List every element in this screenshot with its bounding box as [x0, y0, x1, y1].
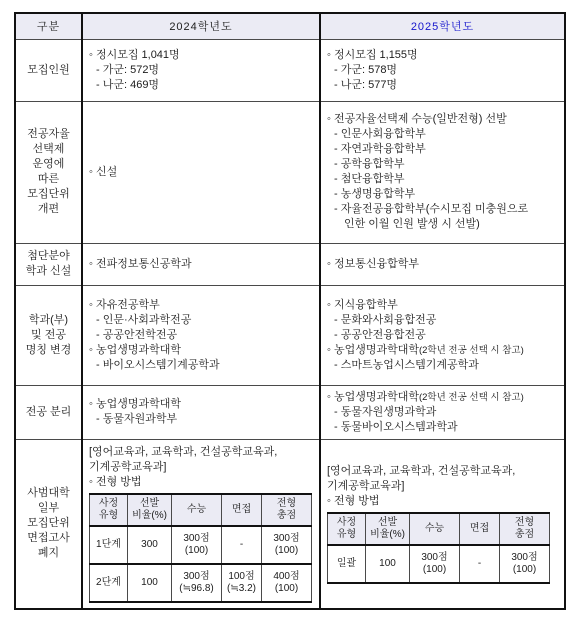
single-total: 300점 (100)	[500, 545, 550, 583]
cell-major-split-2025: ◦ 농업생명과학대학(2학년 전공 선택 시 참고)- 동물자원생명과학과- 동…	[320, 385, 565, 439]
stage1-ratio: 300	[128, 526, 172, 564]
header-cell-2024: 2024학년도	[82, 13, 320, 39]
text-line: ◦ 농업생명과학대학	[87, 397, 315, 412]
note-text: (2학년 전공 선택 시 참고)	[419, 345, 524, 356]
row-label-interview: 사범대학 일부 모집단위 면접고사 폐지	[15, 439, 82, 609]
row-label-major-choice: 전공자율 선택제 운영에 따른 모집단위 개편	[15, 101, 82, 243]
text-line: ◦ 전형 방법	[87, 475, 315, 490]
text-line: - 나군: 469명	[87, 78, 315, 93]
stage1-csat: 300점 (100)	[172, 526, 222, 564]
stage2-ratio: 100	[128, 564, 172, 602]
row-new-advanced-dept: 첨단분야 학과 신설 ◦ 전파정보통신공학과 ◦ 정보통신융합학부	[15, 243, 565, 285]
text-line: 기계공학교육과]	[87, 460, 315, 475]
method-header-type: 사정 유형	[328, 513, 366, 545]
method-header-total: 전형 총점	[500, 513, 550, 545]
method-header-type: 사정 유형	[90, 494, 128, 526]
single-ratio: 100	[366, 545, 410, 583]
single-csat: 300점 (100)	[410, 545, 460, 583]
text-line: ◦ 전형 방법	[325, 494, 560, 509]
stage1-type: 1단계	[90, 526, 128, 564]
cell-name-change-2024: ◦ 자유전공학부- 인문·사회과학전공- 공공안전학전공◦ 농업생명과학대학- …	[82, 285, 320, 385]
text-line: - 스마트농업시스템기계공학과	[325, 358, 560, 373]
method-header-interview: 면접	[460, 513, 500, 545]
text-line: - 공공안전학전공	[87, 328, 315, 343]
text-line: - 농생명융합학부	[325, 187, 560, 202]
single-type: 일괄	[328, 545, 366, 583]
cell-major-choice-2024: ◦ 신설	[82, 101, 320, 243]
text-line: ◦ 농업생명과학대학	[87, 343, 315, 358]
stage1-total: 300점 (100)	[262, 526, 312, 564]
text-line: [영어교육과, 교육학과, 건설공학교육과,	[87, 445, 315, 460]
cell-major-split-2024: ◦ 농업생명과학대학- 동물자원과학부	[82, 385, 320, 439]
method-header-ratio: 선발 비율(%)	[366, 513, 410, 545]
text-line: 인한 이월 인원 발생 시 선발)	[325, 217, 560, 232]
header-cell-gubun: 구분	[15, 13, 82, 39]
note-text: (2학년 전공 선택 시 참고)	[419, 392, 524, 403]
cell-major-choice-2025: ◦ 전공자율선택제 수능(일반전형) 선발- 인문사회융합학부- 자연과학융합학…	[320, 101, 565, 243]
text-line: - 인문사회융합학부	[325, 127, 560, 142]
text-line: - 동물자원생명과학과	[325, 405, 560, 420]
text-line: - 공학융합학부	[325, 157, 560, 172]
method-table-2024: 사정 유형 선발 비율(%) 수능 면접 전형 총점 1단계 300 300점 …	[89, 493, 312, 603]
text-line: - 공공안전융합전공	[325, 328, 560, 343]
stage2-type: 2단계	[90, 564, 128, 602]
text-line: - 나군: 577명	[325, 78, 560, 93]
text-line: - 자연과학융합학부	[325, 142, 560, 157]
text-line: ◦ 자유전공학부	[87, 298, 315, 313]
method-header-ratio: 선발 비율(%)	[128, 494, 172, 526]
row-major-choice-reorg: 전공자율 선택제 운영에 따른 모집단위 개편 ◦ 신설 ◦ 전공자율선택제 수…	[15, 101, 565, 243]
text-line: ◦ 정시모집 1,155명	[325, 48, 560, 63]
interview-intro-2024: [영어교육과, 교육학과, 건설공학교육과,기계공학교육과]◦ 전형 방법	[87, 445, 315, 490]
cell-interview-2025: [영어교육과, 교육학과, 건설공학교육과,기계공학교육과]◦ 전형 방법 사정…	[320, 439, 565, 609]
row-label-quota: 모집인원	[15, 39, 82, 101]
row-label-name-change: 학과(부) 및 전공 명칭 변경	[15, 285, 82, 385]
header-row: 구분 2024학년도 2025학년도	[15, 13, 565, 39]
comparison-table: 구분 2024학년도 2025학년도 모집인원 ◦ 정시모집 1,041명- 가…	[14, 12, 566, 610]
stage1-interview: -	[222, 526, 262, 564]
text-line: ◦ 농업생명과학대학(2학년 전공 선택 시 참고)	[325, 343, 560, 358]
method-table-2025: 사정 유형 선발 비율(%) 수능 면접 전형 총점 일괄 100 300점 (…	[327, 512, 550, 584]
text-line: ◦ 전파정보통신공학과	[87, 257, 315, 272]
method-row-stage2: 2단계 100 300점 (≒96.8) 100점 (≒3.2) 400점 (1…	[90, 564, 312, 602]
text-line: [영어교육과, 교육학과, 건설공학교육과,	[325, 464, 560, 479]
stage2-csat: 300점 (≒96.8)	[172, 564, 222, 602]
text-line: - 문화와사회융합전공	[325, 313, 560, 328]
text-line: ◦ 지식융합학부	[325, 298, 560, 313]
row-name-change: 학과(부) 및 전공 명칭 변경 ◦ 자유전공학부- 인문·사회과학전공- 공공…	[15, 285, 565, 385]
text-line: ◦ 정시모집 1,041명	[87, 48, 315, 63]
text-line: - 첨단융합학부	[325, 172, 560, 187]
document-page: 구분 2024학년도 2025학년도 모집인원 ◦ 정시모집 1,041명- 가…	[0, 0, 577, 610]
cell-name-change-2025: ◦ 지식융합학부- 문화와사회융합전공- 공공안전융합전공◦ 농업생명과학대학(…	[320, 285, 565, 385]
method-header-csat: 수능	[410, 513, 460, 545]
text-line: - 자율전공융합학부(수시모집 미충원으로	[325, 202, 560, 217]
cell-quota-2024: ◦ 정시모집 1,041명- 가군: 572명- 나군: 469명	[82, 39, 320, 101]
method-header-row: 사정 유형 선발 비율(%) 수능 면접 전형 총점	[328, 513, 550, 545]
cell-advanced-2025: ◦ 정보통신융합학부	[320, 243, 565, 285]
interview-intro-2025: [영어교육과, 교육학과, 건설공학교육과,기계공학교육과]◦ 전형 방법	[325, 464, 560, 509]
text-line: - 가군: 578명	[325, 63, 560, 78]
text-line: - 동물자원과학부	[87, 412, 315, 427]
cell-advanced-2024: ◦ 전파정보통신공학과	[82, 243, 320, 285]
cell-interview-2024: [영어교육과, 교육학과, 건설공학교육과,기계공학교육과]◦ 전형 방법 사정…	[82, 439, 320, 609]
row-admission-quota: 모집인원 ◦ 정시모집 1,041명- 가군: 572명- 나군: 469명 ◦…	[15, 39, 565, 101]
method-row-single: 일괄 100 300점 (100) - 300점 (100)	[328, 545, 550, 583]
row-interview-abolished: 사범대학 일부 모집단위 면접고사 폐지 [영어교육과, 교육학과, 건설공학교…	[15, 439, 565, 609]
text-line: - 동물바이오시스템과학과	[325, 420, 560, 435]
header-cell-2025: 2025학년도	[320, 13, 565, 39]
stage2-interview: 100점 (≒3.2)	[222, 564, 262, 602]
row-major-split: 전공 분리 ◦ 농업생명과학대학- 동물자원과학부 ◦ 농업생명과학대학(2학년…	[15, 385, 565, 439]
text-line: ◦ 전공자율선택제 수능(일반전형) 선발	[325, 112, 560, 127]
text-line: - 바이오시스템기계공학과	[87, 358, 315, 373]
text-line: ◦ 농업생명과학대학(2학년 전공 선택 시 참고)	[325, 390, 560, 405]
stage2-total: 400점 (100)	[262, 564, 312, 602]
method-header-row: 사정 유형 선발 비율(%) 수능 면접 전형 총점	[90, 494, 312, 526]
method-header-interview: 면접	[222, 494, 262, 526]
text-line: ◦ 정보통신융합학부	[325, 257, 560, 272]
row-label-major-split: 전공 분리	[15, 385, 82, 439]
row-label-advanced-dept: 첨단분야 학과 신설	[15, 243, 82, 285]
text-line: - 가군: 572명	[87, 63, 315, 78]
text-line: 기계공학교육과]	[325, 479, 560, 494]
text-line: - 인문·사회과학전공	[87, 313, 315, 328]
method-header-csat: 수능	[172, 494, 222, 526]
single-interview: -	[460, 545, 500, 583]
cell-quota-2025: ◦ 정시모집 1,155명- 가군: 578명- 나군: 577명	[320, 39, 565, 101]
method-row-stage1: 1단계 300 300점 (100) - 300점 (100)	[90, 526, 312, 564]
text-line: ◦ 신설	[87, 165, 315, 180]
method-header-total: 전형 총점	[262, 494, 312, 526]
